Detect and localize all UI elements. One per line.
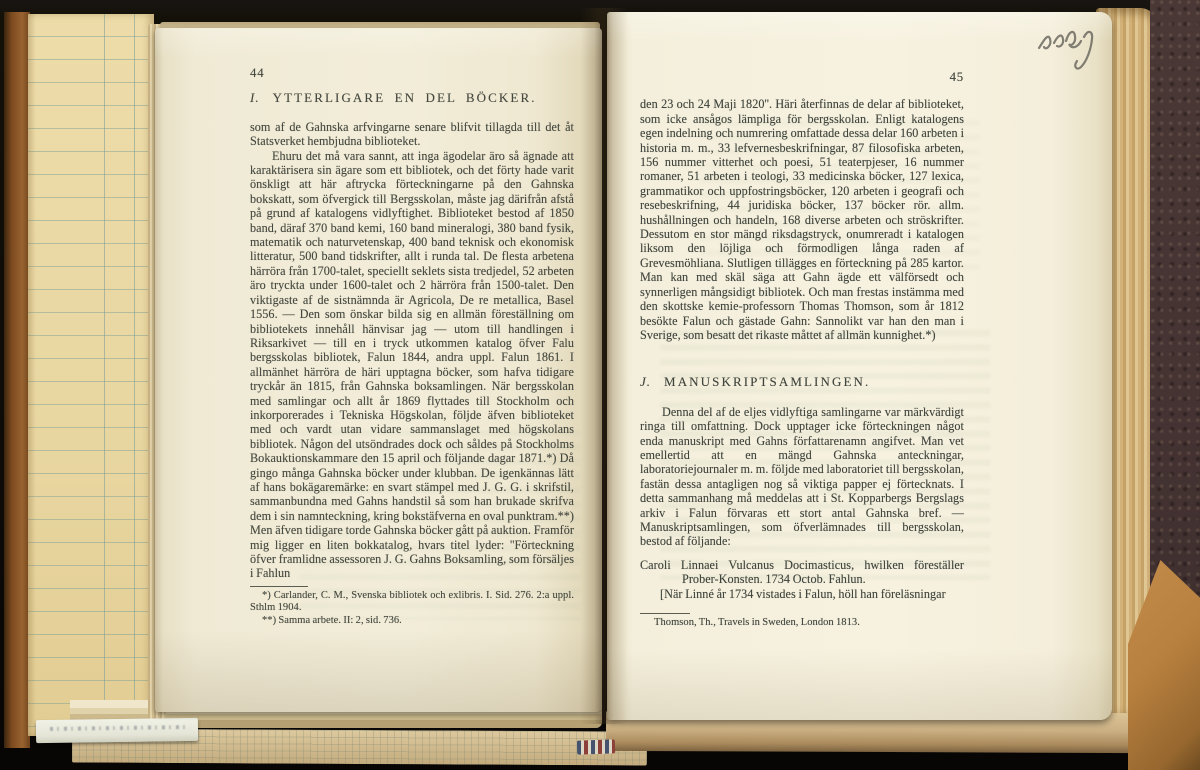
paper-slip	[36, 718, 198, 743]
body-paragraph: som af de Gahnska arfvingarne senare bli…	[250, 120, 574, 149]
section-title: MANUSKRIPTSAMLINGEN.	[664, 374, 870, 389]
ledger-spine	[4, 12, 30, 748]
manuscript-entry-title: Caroli Linnaei Vulcanus Docimasticus, hw…	[640, 558, 964, 587]
page-number: 44	[250, 66, 574, 80]
footnote: *) Carlander, C. M., Svenska bibliotek o…	[250, 590, 574, 615]
headband	[577, 739, 615, 754]
book-scan-photo: 44 I.YTTERLIGARE EN DEL BÖCKER. som af d…	[0, 0, 1200, 770]
ledger-column-lines	[28, 14, 154, 736]
chapter-numeral: I.	[250, 90, 260, 105]
body-paragraph: Denna del af de eljes vidlyftiga samling…	[640, 405, 964, 549]
footnote: **) Samma arbete. II: 2, sid. 736.	[250, 615, 574, 628]
body-paragraph: den 23 och 24 Maji 1820''. Häri återfinn…	[640, 97, 964, 342]
body-paragraph: Ehuru det må vara sannt, att inga ägodel…	[250, 149, 574, 581]
page-number: 45	[640, 70, 964, 84]
footnote: Thomson, Th., Travels in Sweden, London …	[640, 617, 964, 630]
right-page-text: 45 den 23 och 24 Maji 1820''. Häri återf…	[640, 70, 964, 630]
left-page-text: 44 I.YTTERLIGARE EN DEL BÖCKER. som af d…	[250, 66, 574, 628]
handwritten-mark	[1036, 16, 1110, 74]
manuscript-entry-note: [När Linné år 1734 vistades i Falun, höl…	[640, 587, 964, 601]
section-numeral: J.	[640, 374, 651, 389]
chapter-heading: I.YTTERLIGARE EN DEL BÖCKER.	[250, 91, 574, 105]
footnote-rule	[250, 586, 308, 587]
chapter-title: YTTERLIGARE EN DEL BÖCKER.	[273, 90, 537, 105]
footnote-rule	[640, 613, 690, 614]
slip-handwriting-marks	[50, 725, 188, 731]
section-heading: J.MANUSKRIPTSAMLINGEN.	[640, 375, 964, 389]
